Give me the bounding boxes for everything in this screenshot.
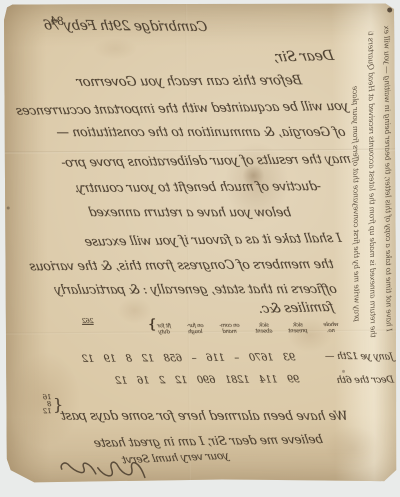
footnote-value: 12 [43,408,51,415]
marginalia-line: pray write me by the first conveyance th… [350,42,361,322]
table-row-values: 99 114 1281 690 12 2 16 12 [115,374,301,386]
dateline: Cambridge 29th Feby 76 [43,17,209,35]
table-row-values: 93 1670 – 116 – 658 12 8 19 12 [81,352,296,365]
body-line: families &c. [257,300,335,317]
table-note-value: 262 [82,317,94,325]
body-line: below you have a return annexed [88,204,292,219]
body-line: -ductive of much benefit to your country… [73,178,322,195]
body-line: officers in that state, generally : & pa… [53,281,337,297]
body-line: I shall take it as a favour if you will … [83,230,342,249]
column-header: on com- mand [213,323,240,335]
body-line: the members of Congress from this, & the… [28,256,334,273]
column-header: fit for duty [150,323,171,335]
postscript-line: We have been alarmed here for some days … [60,408,349,423]
body-line: you will be acquainted with the importan… [15,98,350,118]
table-row-label: Decr the 6th [336,374,395,385]
column-header: whole no. [317,322,339,334]
body-line: Before this can reach you Governor [76,73,303,90]
column-header: sick present [281,322,307,334]
marginalia-line: I have not time to take a copy of this l… [382,25,393,331]
marginalia-line: the return annexed is made up from the l… [366,32,377,338]
letter-paper-sheet: 84 Cambridge 29th Feby 76 Dear Sir, Befo… [3,1,398,484]
body-line: may the results of your deliberations pr… [60,151,352,170]
return-table-header: whole no. sick present sick absent on co… [150,322,338,335]
body-line: of Georgia, & ammunition to the constitu… [55,124,346,139]
postscript-line: believe me dear Sir, I am in great haste [93,432,324,450]
mirrored-handwriting-layer: 84 Cambridge 29th Feby 76 Dear Sir, Befo… [3,1,398,484]
signature-scrawl [56,456,148,483]
table-row-label: Jany ye 12th — [325,351,395,363]
scanned-letter-image: 84 Cambridge 29th Feby 76 Dear Sir, Befo… [0,0,400,497]
column-header: sick absent [249,322,273,334]
salutation: Dear Sir, [273,48,336,65]
column-header: on fur- lough [180,323,204,335]
